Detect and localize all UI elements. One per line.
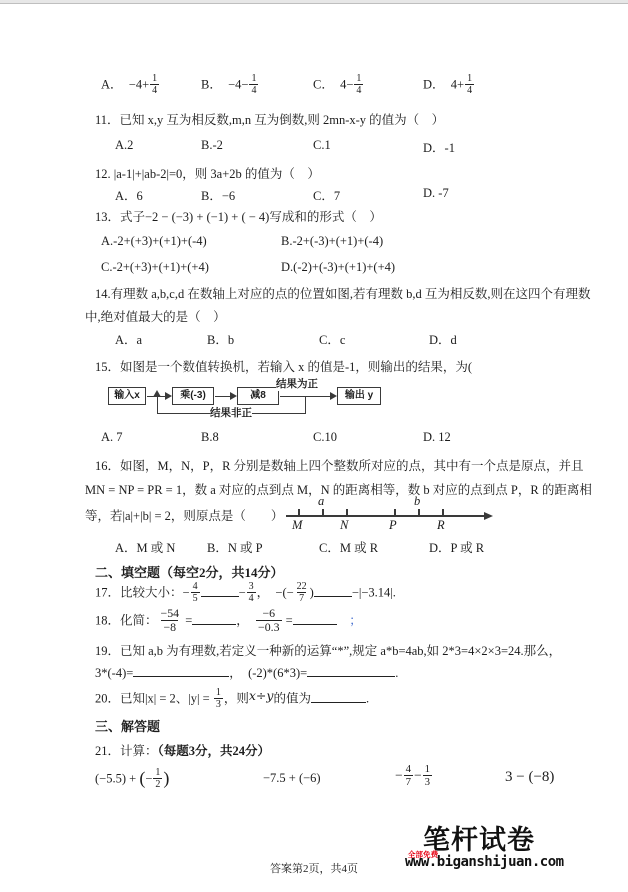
option-a: A.2: [115, 138, 133, 153]
option-c: C．7: [313, 186, 340, 204]
question-15-text: 15．如图是一个数值转换机，若输入 x 的值是-1，则输出的结果，为(: [95, 357, 472, 375]
blue-semicolon: ；: [349, 614, 362, 628]
question-14-text-line1: 14.有理数 a,b,c,d 在数轴上对应的点的位置如图,若有理数 b,d 互为…: [95, 284, 590, 302]
section-3-header: 三、解答题: [95, 716, 160, 735]
fraction: −54−8: [159, 607, 182, 635]
option-c: C.-2+(+3)+(+1)+(+4): [101, 260, 209, 275]
fraction: 14: [150, 73, 159, 96]
question-16-options: A．M 或 N B．N 或 P C．M 或 R D．P 或 R: [95, 538, 555, 560]
number-line-figure: a b M N P R: [286, 496, 498, 536]
answer-blank: [314, 583, 352, 597]
question-20: 20．已知|x| = 2、|y| = 13，则x÷y的值为.: [95, 688, 369, 716]
option-d: D．d: [429, 330, 457, 348]
question-15-options: A. 7 B.8 C.10 D. 12: [95, 430, 555, 452]
option-b: B．−6: [201, 186, 235, 204]
biganshijuan-logo: 全部免费 笔杆试卷 www.biganshijuan.com: [405, 818, 575, 870]
right-arrow-icon: [484, 512, 493, 520]
flow-output-box: 输出 y: [337, 387, 381, 405]
exam-page: A． −4+14 B． −4−14 C． 4−14 D． 4+14 11．已知 …: [95, 0, 555, 892]
fraction: 12: [153, 767, 162, 790]
axis-line: [286, 515, 486, 517]
option-c: C.1: [313, 138, 331, 153]
option-b: B． −4−14: [201, 74, 259, 97]
question-10-options-row: A． −4+14 B． −4−14 C． 4−14 D． 4+14: [95, 74, 555, 106]
question-14-text-line2: 中,绝对值最大的是（ ）: [85, 307, 226, 325]
option-b: B．N 或 P: [207, 538, 263, 556]
tick-p: [394, 509, 396, 516]
fraction: 14: [465, 73, 474, 96]
point-b-label: b: [414, 494, 420, 509]
question-12-options: A．6 B．−6 C．7 D. -7: [95, 186, 555, 208]
flow-input-box: 输入x: [108, 387, 146, 405]
answer-blank: [311, 689, 366, 703]
question-21-label: 21．计算：（每题3分，共24分）: [95, 741, 270, 759]
result-nonpositive-label: 结果非正: [210, 405, 252, 420]
option-a: A．6: [115, 186, 143, 204]
option-c: C.10: [313, 430, 337, 445]
tick-n: [346, 509, 348, 516]
option-c: C．c: [319, 330, 345, 348]
option-c: C．M 或 R: [319, 538, 378, 556]
flow-subtract-box: 减8: [237, 387, 279, 405]
option-d: D．-1: [423, 138, 455, 156]
result-positive-label: 结果为正: [276, 376, 318, 391]
fraction: 14: [354, 73, 363, 96]
right-arrow-icon: [330, 392, 337, 400]
expression-2: −7.5 + (−6): [263, 771, 321, 786]
option-c: C． 4−14: [313, 74, 364, 97]
question-18: 18．化简：−54−8 =， −6−0.3 = ；: [95, 608, 362, 642]
expression-4: 3 − (−8): [505, 769, 554, 786]
section-2-header: 二、填空题（每空2分，共14分）: [95, 562, 284, 581]
question-13-options-cd: C.-2+(+3)+(+1)+(+4) D.(-2)+(-3)+(+1)+(+4…: [95, 260, 555, 282]
tick-r: [442, 509, 444, 516]
question-19-blanks: 3*(-4)=， (-2)*(6*3)=.: [95, 663, 398, 681]
option-d: D．P 或 R: [429, 538, 484, 556]
point-a-label: a: [318, 494, 324, 509]
fraction: 34: [247, 581, 256, 604]
question-16-text-line3: 等，若|a|+|b| = 2，则原点是（ ）: [85, 506, 283, 524]
answer-blank: [192, 611, 236, 625]
option-b: B．b: [207, 330, 234, 348]
option-d: D. 12: [423, 430, 451, 445]
question-14-options: A．a B．b C．c D．d: [95, 330, 555, 352]
fraction: 45: [191, 581, 200, 604]
tick-m: [298, 509, 300, 516]
option-d: D． 4+14: [423, 74, 475, 97]
question-13-options-ab: A.-2+(+3)+(+1)+(-4) B.-2+(-3)+(+1)+(-4): [95, 234, 555, 256]
fraction: 47: [404, 763, 413, 788]
answer-blank: [201, 583, 239, 597]
fraction: 14: [249, 73, 258, 96]
question-11-text: 11．已知 x,y 互为相反数,m,n 互为倒数,则 2mn-x-y 的值为（ …: [95, 110, 444, 128]
option-b: B.-2: [201, 138, 223, 153]
fraction: 227: [295, 581, 309, 604]
option-a: A．a: [115, 330, 142, 348]
option-a: A． −4+14: [101, 74, 160, 97]
answer-blank: [293, 611, 337, 625]
point-m-label: M: [292, 518, 302, 533]
option-b: B.-2+(-3)+(+1)+(-4): [281, 234, 383, 249]
option-a: A. 7: [101, 430, 123, 445]
question-17: 17．比较大小：−45−34， −(−227)−|−3.14|.: [95, 582, 396, 608]
point-n-label: N: [340, 518, 348, 533]
option-d: D. -7: [423, 186, 449, 201]
tick-b: [418, 509, 420, 516]
x-divided-by-y-formula: x÷y: [249, 688, 274, 703]
option-d: D.(-2)+(-3)+(+1)+(+4): [281, 260, 395, 275]
flow-multiply-box: 乘(-3): [172, 387, 214, 405]
question-13-text: 13．式子−2 − (−3) + (−1) + ( − 4)写成和的形式（ ）: [95, 207, 382, 225]
tick-a: [322, 509, 324, 516]
fraction: −6−0.3: [256, 607, 282, 635]
question-12-text: 12. |a-1|+|ab-2|=0，则 3a+2b 的值为（ ）: [95, 164, 320, 182]
fraction: 13: [214, 687, 223, 710]
option-a: A．M 或 N: [115, 538, 175, 556]
option-a: A.-2+(+3)+(+1)+(-4): [101, 234, 207, 249]
logo-title: 笔杆试卷: [423, 818, 575, 857]
answer-blank: [307, 663, 395, 677]
fraction: 13: [423, 763, 432, 788]
expression-1: (−5.5) + (−12): [95, 768, 169, 791]
expression-3: −47−13: [395, 764, 433, 789]
point-p-label: P: [389, 518, 397, 533]
question-11-options: A.2 B.-2 C.1 D．-1: [95, 138, 555, 160]
free-badge: 全部免费: [408, 849, 438, 859]
question-21-expressions: (−5.5) + (−12) −7.5 + (−6) −47−13 3 − (−…: [95, 762, 555, 798]
point-r-label: R: [437, 518, 445, 533]
question-16-text-line1: 16．如图，M，N，P，R 分别是数轴上四个整数所对应的点，其中有一个点是原点，…: [95, 456, 584, 474]
option-b: B.8: [201, 430, 219, 445]
number-converter-flowchart: 输入x 乘(-3) 减8 结果为正 输出 y 结果非正: [108, 379, 393, 431]
answer-blank: [133, 663, 229, 677]
question-19-text: 19．已知 a,b 为有理数,若定义一种新的运算“*”,规定 a*b=4ab,如…: [95, 641, 561, 659]
up-arrow-icon: [153, 390, 161, 397]
